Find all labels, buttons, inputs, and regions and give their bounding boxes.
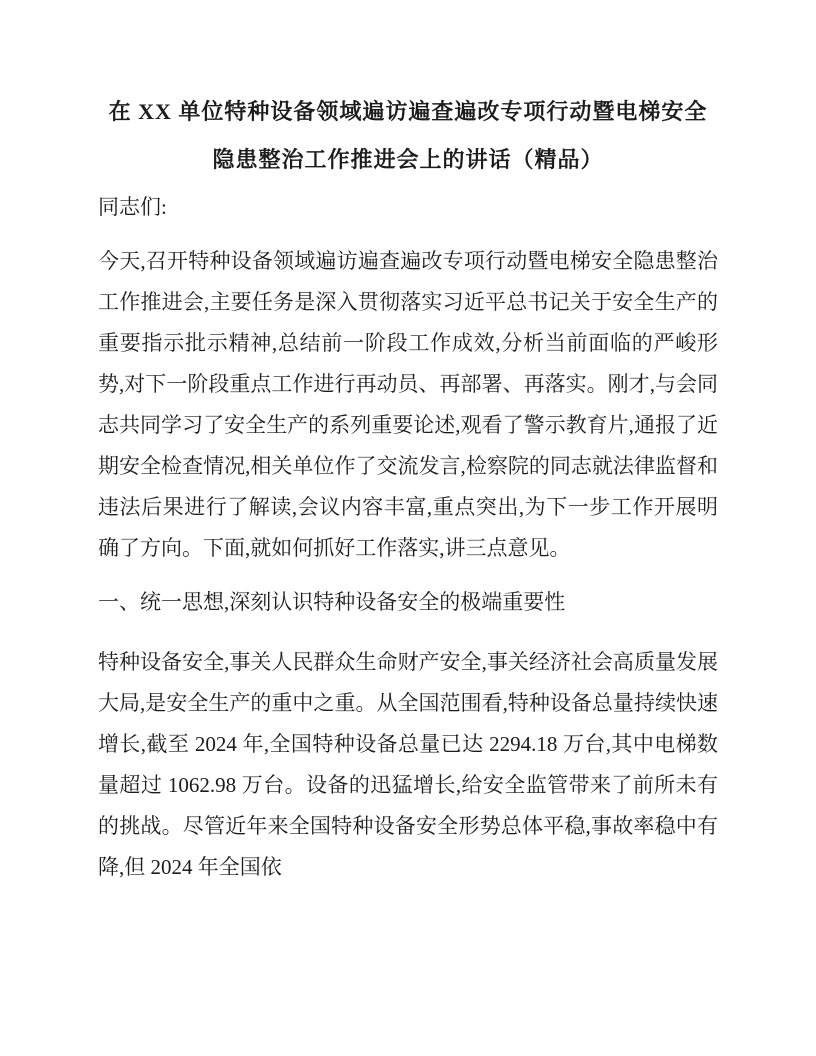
paragraph-section-1-body: 特种设备安全,事关人民群众生命财产安全,事关经济社会高质量发展大局,是安全生产的… — [98, 642, 718, 888]
document-body: 同志们: 今天,召开特种设备领域遍访遍查遍改专项行动暨电梯安全隐患整治工作推进会… — [98, 187, 718, 888]
section-heading-1: 一、统一思想,深刻认识特种设备安全的极端重要性 — [98, 582, 718, 623]
paragraph-salutation: 同志们: — [98, 187, 718, 228]
document-page: 在 XX 单位特种设备领域遍访遍查遍改专项行动暨电梯安全隐患整治工作推进会上的讲… — [0, 0, 816, 1056]
document-title: 在 XX 单位特种设备领域遍访遍查遍改专项行动暨电梯安全隐患整治工作推进会上的讲… — [98, 88, 718, 184]
paragraph-intro: 今天,召开特种设备领域遍访遍查遍改专项行动暨电梯安全隐患整治工作推进会,主要任务… — [98, 241, 718, 569]
